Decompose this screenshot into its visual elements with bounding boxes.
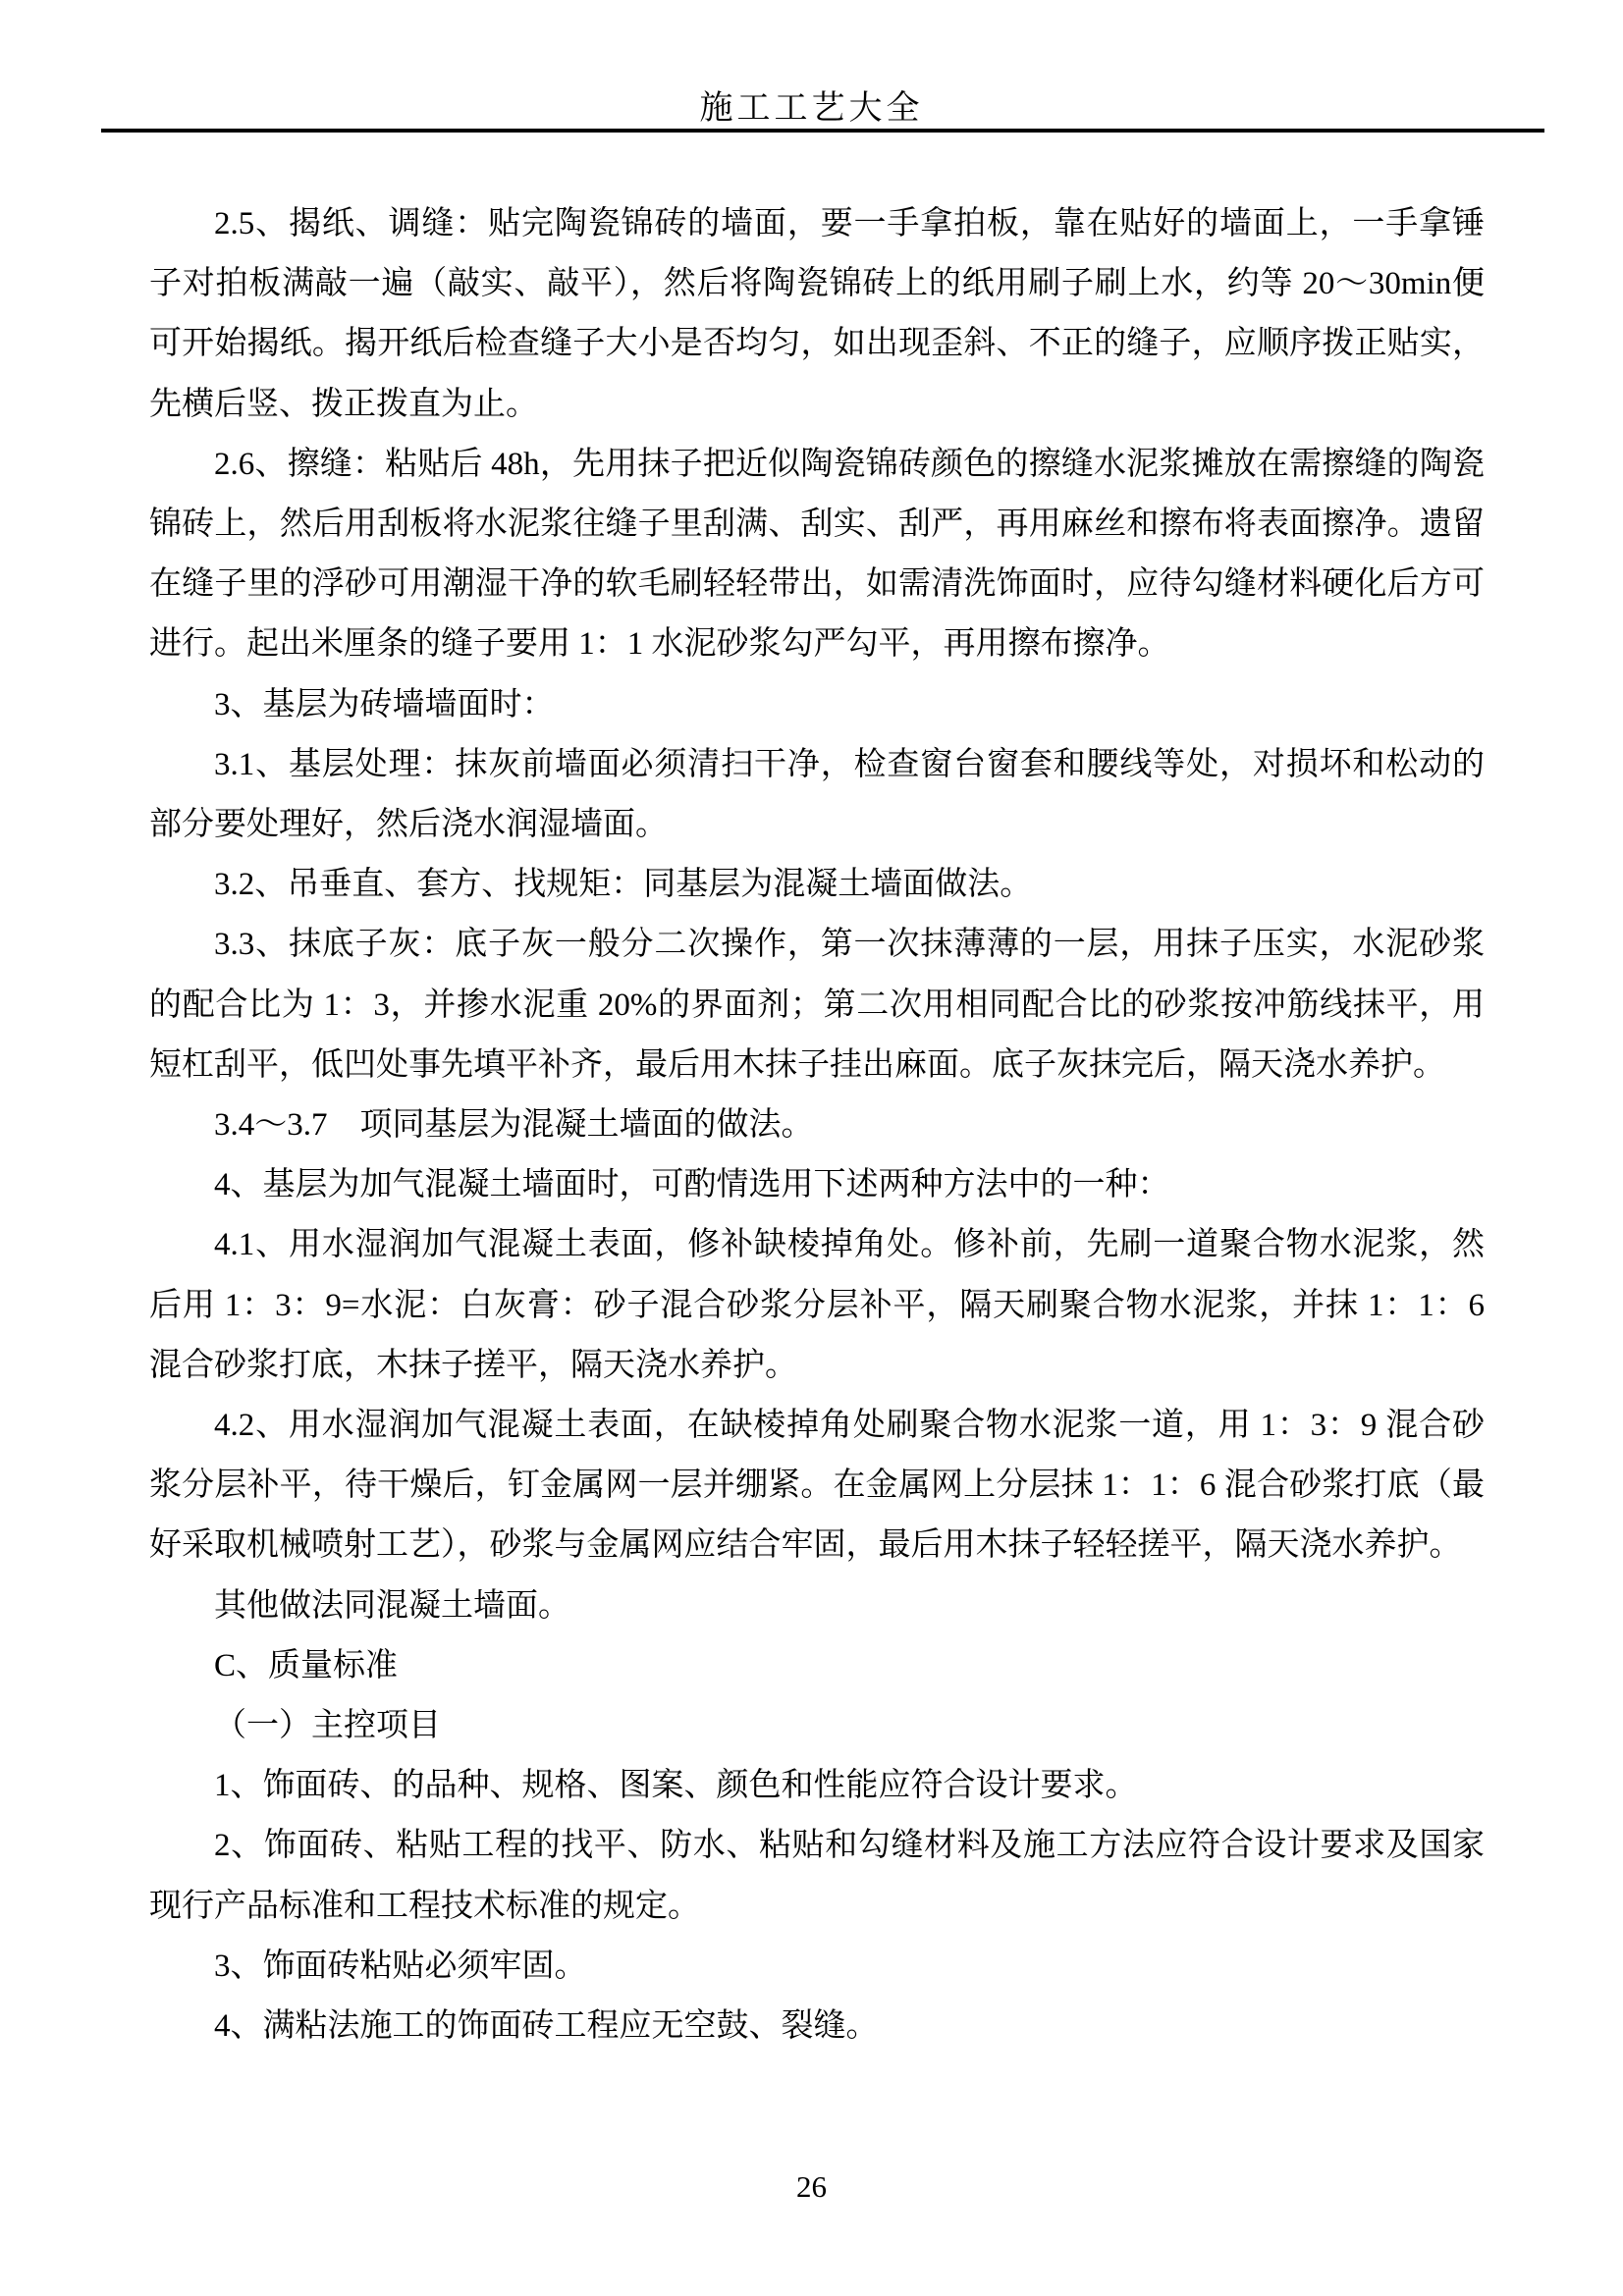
document-page: 施工工艺大全 2.5、揭纸、调缝：贴完陶瓷锦砖的墙面，要一手拿拍板，靠在贴好的墙…: [0, 0, 1623, 2296]
paragraph: 2.6、擦缝：粘贴后 48h，先用抹子把近似陶瓷锦砖颜色的擦缝水泥浆摊放在需擦缝…: [149, 435, 1485, 675]
paragraph: 3、基层为砖墙墙面时：: [149, 675, 1485, 735]
paragraph: 3.3、抹底子灰：底子灰一般分二次操作，第一次抹薄薄的一层，用抹子压实，水泥砂浆…: [149, 915, 1485, 1095]
paragraph: 其他做法同混凝土墙面。: [149, 1576, 1485, 1636]
paragraph: 3.4～3.7 项同基层为混凝土墙面的做法。: [149, 1095, 1485, 1155]
paragraph: 2、饰面砖、粘贴工程的找平、防水、粘贴和勾缝材料及施工方法应符合设计要求及国家现…: [149, 1816, 1485, 1936]
page-header-title: 施工工艺大全: [0, 80, 1623, 129]
paragraph: 1、饰面砖、的品种、规格、图案、颜色和性能应符合设计要求。: [149, 1756, 1485, 1816]
document-body: 2.5、揭纸、调缝：贴完陶瓷锦砖的墙面，要一手拿拍板，靠在贴好的墙面上，一手拿锤…: [149, 194, 1485, 2056]
paragraph: 4、满粘法施工的饰面砖工程应无空鼓、裂缝。: [149, 1997, 1485, 2056]
paragraph: （一）主控项目: [149, 1696, 1485, 1756]
header-divider: [101, 129, 1544, 133]
page-number: 26: [0, 2169, 1623, 2205]
paragraph: 3、饰面砖粘贴必须牢固。: [149, 1937, 1485, 1997]
paragraph: C、质量标准: [149, 1636, 1485, 1696]
paragraph: 4.1、用水湿润加气混凝土表面，修补缺棱掉角处。修补前，先刷一道聚合物水泥浆，然…: [149, 1215, 1485, 1396]
paragraph: 3.2、吊垂直、套方、找规矩：同基层为混凝土墙面做法。: [149, 855, 1485, 915]
paragraph: 4.2、用水湿润加气混凝土表面，在缺棱掉角处刷聚合物水泥浆一道，用 1：3：9 …: [149, 1396, 1485, 1576]
paragraph: 2.5、揭纸、调缝：贴完陶瓷锦砖的墙面，要一手拿拍板，靠在贴好的墙面上，一手拿锤…: [149, 194, 1485, 435]
paragraph: 3.1、基层处理：抹灰前墙面必须清扫干净，检查窗台窗套和腰线等处，对损坏和松动的…: [149, 735, 1485, 855]
paragraph: 4、基层为加气混凝土墙面时，可酌情选用下述两种方法中的一种：: [149, 1155, 1485, 1215]
